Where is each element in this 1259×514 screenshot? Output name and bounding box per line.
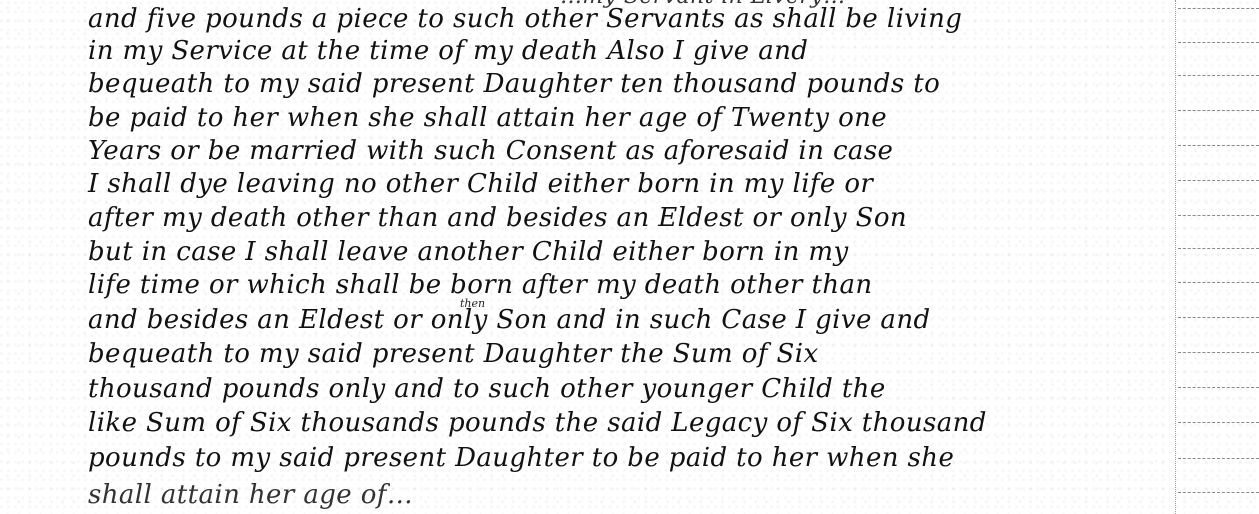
text-line: bequeath to my said present Daughter the…	[88, 339, 1168, 369]
text-line: but in case I shall leave another Child …	[88, 237, 1168, 267]
text-line: after my death other than and besides an…	[88, 203, 1168, 233]
text-line: life time or which shall be born after m…	[88, 270, 1168, 300]
text-line-partial-bottom: shall attain her age of…	[88, 480, 1168, 510]
manuscript-page: …my Servant in Livery… and five pounds a…	[0, 0, 1259, 514]
text-line: in my Service at the time of my death Al…	[88, 36, 1168, 66]
handwritten-text: …my Servant in Livery… and five pounds a…	[0, 0, 1259, 514]
text-line: I shall dye leaving no other Child eithe…	[88, 169, 1168, 199]
text-line: and five pounds a piece to such other Se…	[88, 4, 1168, 34]
text-line: like Sum of Six thousands pounds the sai…	[88, 408, 1168, 438]
text-line: bequeath to my said present Daughter ten…	[88, 69, 1168, 99]
text-line: be paid to her when she shall attain her…	[88, 103, 1168, 133]
text-line: Years or be married with such Consent as…	[88, 136, 1168, 166]
interlinear-insertion: then	[460, 297, 485, 310]
text-line: thousand pounds only and to such other y…	[88, 374, 1168, 404]
text-line: pounds to my said present Daughter to be…	[88, 443, 1168, 473]
text-line: and besides an Eldest or only Son and in…	[88, 305, 1168, 335]
